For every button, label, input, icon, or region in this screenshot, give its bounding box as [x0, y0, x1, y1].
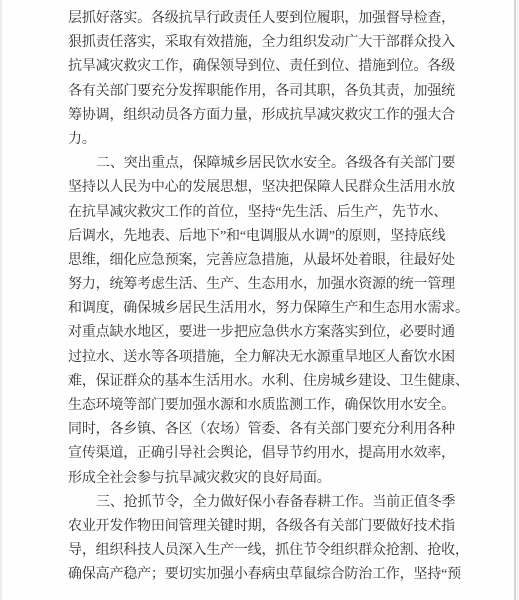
document-text-block: 层抓好落实。各级抗旱行政责任人要到位履职，加强督导检查， 狠抓责任落实，采取有效… — [68, 7, 456, 588]
document-page: 层抓好落实。各级抗旱行政责任人要到位履职，加强督导检查， 狠抓责任落实，采取有效… — [0, 0, 519, 600]
text-line: 狠抓责任落实，采取有效措施，全力组织发动广大干部群众投入 — [68, 31, 456, 55]
text-line: 过拉水、送水等各项措施，全力解决无水源重旱地区人畜饮水困 — [68, 346, 456, 370]
text-line: 同时，各乡镇、各区（农场）管委、各有关部门要充分利用各种 — [68, 418, 456, 442]
text-line: 抗旱减灾救灾工作，确保领导到位、责任到位、措施到位。各级 — [68, 55, 456, 79]
text-line: 生态环境等部门要加强水源和水质监测工作，确保饮用水安全。 — [68, 394, 456, 418]
text-line: 各有关部门要充分发挥职能作用，各司其职，各负其责，加强统 — [68, 80, 456, 104]
text-line: 宣传渠道，正确引导社会舆论，倡导节约用水，提高用水效率， — [68, 442, 456, 466]
paragraph-start-line: 二、突出重点，保障城乡居民饮水安全。各级各有关部门要 — [68, 152, 456, 176]
text-line: 导，组织科技人员深入生产一线，抓住节令组织群众抢割、抢收， — [68, 539, 456, 563]
text-line: 和调度，确保城乡居民生活用水，努力保障生产和生态用水需求。 — [68, 297, 456, 321]
text-line: 筹协调，组织动员各方面力量，形成抗旱减灾救灾工作的强大合 — [68, 104, 456, 128]
text-line: 确保高产稳产；要切实加强小春病虫草鼠综合防治工作，坚持“预 — [68, 563, 456, 587]
text-line: 难，保证群众的基本生活用水。水利、住房城乡建设、卫生健康、 — [68, 370, 456, 394]
text-line: 努力，统筹考虑生活、生产、生态用水，加强水资源的统一管理 — [68, 273, 456, 297]
text-line: 层抓好落实。各级抗旱行政责任人要到位履职，加强督导检查， — [68, 7, 456, 31]
text-line: 后调水，先地表、后地下”和“电调服从水调”的原则，坚持底线 — [68, 225, 456, 249]
text-line: 力。 — [68, 128, 456, 152]
text-line: 农业开发作物田间管理关键时期，各级各有关部门要做好技术指 — [68, 515, 456, 539]
text-line: 思维，细化应急预案，完善应急措施，从最坏处着眼，往最好处 — [68, 249, 456, 273]
paragraph-start-line: 三、抢抓节令，全力做好保小春备春耕工作。当前正值冬季 — [68, 491, 456, 515]
text-line: 在抗旱减灾救灾工作的首位，坚持“先生活、后生产，先节水、 — [68, 201, 456, 225]
text-line: 形成全社会参与抗旱减灾救灾的良好局面。 — [68, 467, 456, 491]
text-line: 对重点缺水地区，要进一步把应急供水方案落实到位，必要时通 — [68, 321, 456, 345]
page-edge-right-line — [514, 0, 516, 600]
page-edge-left-line — [0, 0, 2, 600]
page-edge-right-outer-line — [517, 0, 518, 600]
text-line: 坚持以人民为中心的发展思想，坚决把保障人民群众生活用水放 — [68, 176, 456, 200]
